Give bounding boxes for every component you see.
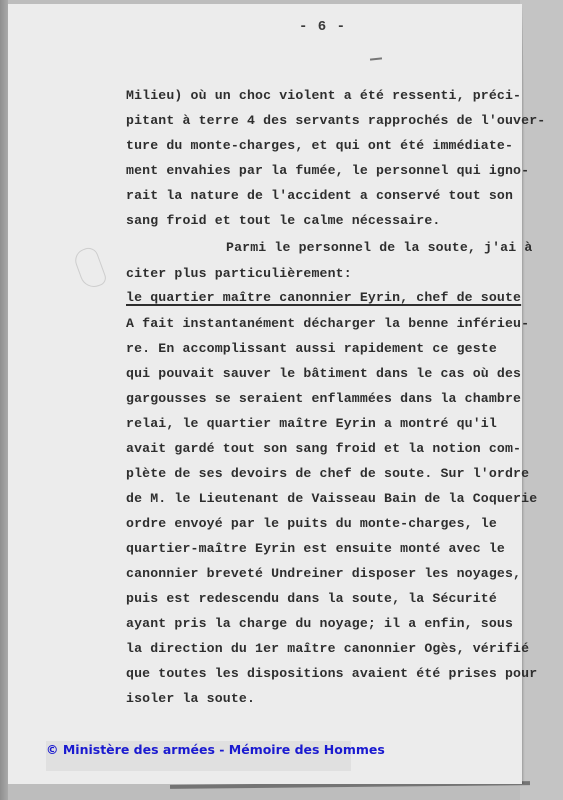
text-line: que toutes les dispositions avaient été … bbox=[126, 666, 537, 681]
text-line: ayant pris la charge du noyage; il a enf… bbox=[126, 616, 513, 631]
text-line: isoler la soute. bbox=[126, 691, 255, 706]
text-line: puis est redescendu dans la soute, la Sé… bbox=[126, 591, 497, 606]
text-line: rait la nature de l'accident a conservé … bbox=[126, 188, 513, 203]
text-line: canonnier breveté Undreiner disposer les… bbox=[126, 566, 521, 581]
text-line: relai, le quartier maître Eyrin a montré… bbox=[126, 416, 497, 431]
copyright-watermark: © Ministère des armées - Mémoire des Hom… bbox=[46, 742, 385, 757]
text-line: plète de ses devoirs de chef de soute. S… bbox=[126, 466, 529, 481]
text-line: ture du monte-charges, et qui ont été im… bbox=[126, 138, 513, 153]
text-line: Parmi le personnel de la soute, j'ai à bbox=[226, 240, 532, 255]
text-line: Milieu) où un choc violent a été ressent… bbox=[126, 88, 521, 103]
text-line: la direction du 1er maître canonnier Ogè… bbox=[126, 641, 529, 656]
text-line: sang froid et tout le calme nécessaire. bbox=[126, 213, 441, 228]
text-line: gargousses se seraient enflammées dans l… bbox=[126, 391, 521, 406]
text-line: avait gardé tout son sang froid et la no… bbox=[126, 441, 521, 456]
page-number: - 6 - bbox=[299, 19, 346, 35]
text-line: A fait instantanément décharger la benne… bbox=[126, 316, 529, 331]
text-line: de M. le Lieutenant de Vaisseau Bain de … bbox=[126, 491, 537, 506]
text-line: ordre envoyé par le puits du monte-charg… bbox=[126, 516, 497, 531]
text-line: ment envahies par la fumée, le personnel… bbox=[126, 163, 529, 178]
text-line-underlined-heading: le quartier maître canonnier Eyrin, chef… bbox=[126, 290, 521, 305]
background-left-edge bbox=[0, 0, 8, 800]
text-line: citer plus particulièrement: bbox=[126, 266, 352, 281]
text-line: qui pouvait sauver le bâtiment dans le c… bbox=[126, 366, 521, 381]
text-line: quartier-maître Eyrin est ensuite monté … bbox=[126, 541, 505, 556]
text-line: pitant à terre 4 des servants rapprochés… bbox=[126, 113, 545, 128]
text-line: re. En accomplissant aussi rapidement ce… bbox=[126, 341, 497, 356]
